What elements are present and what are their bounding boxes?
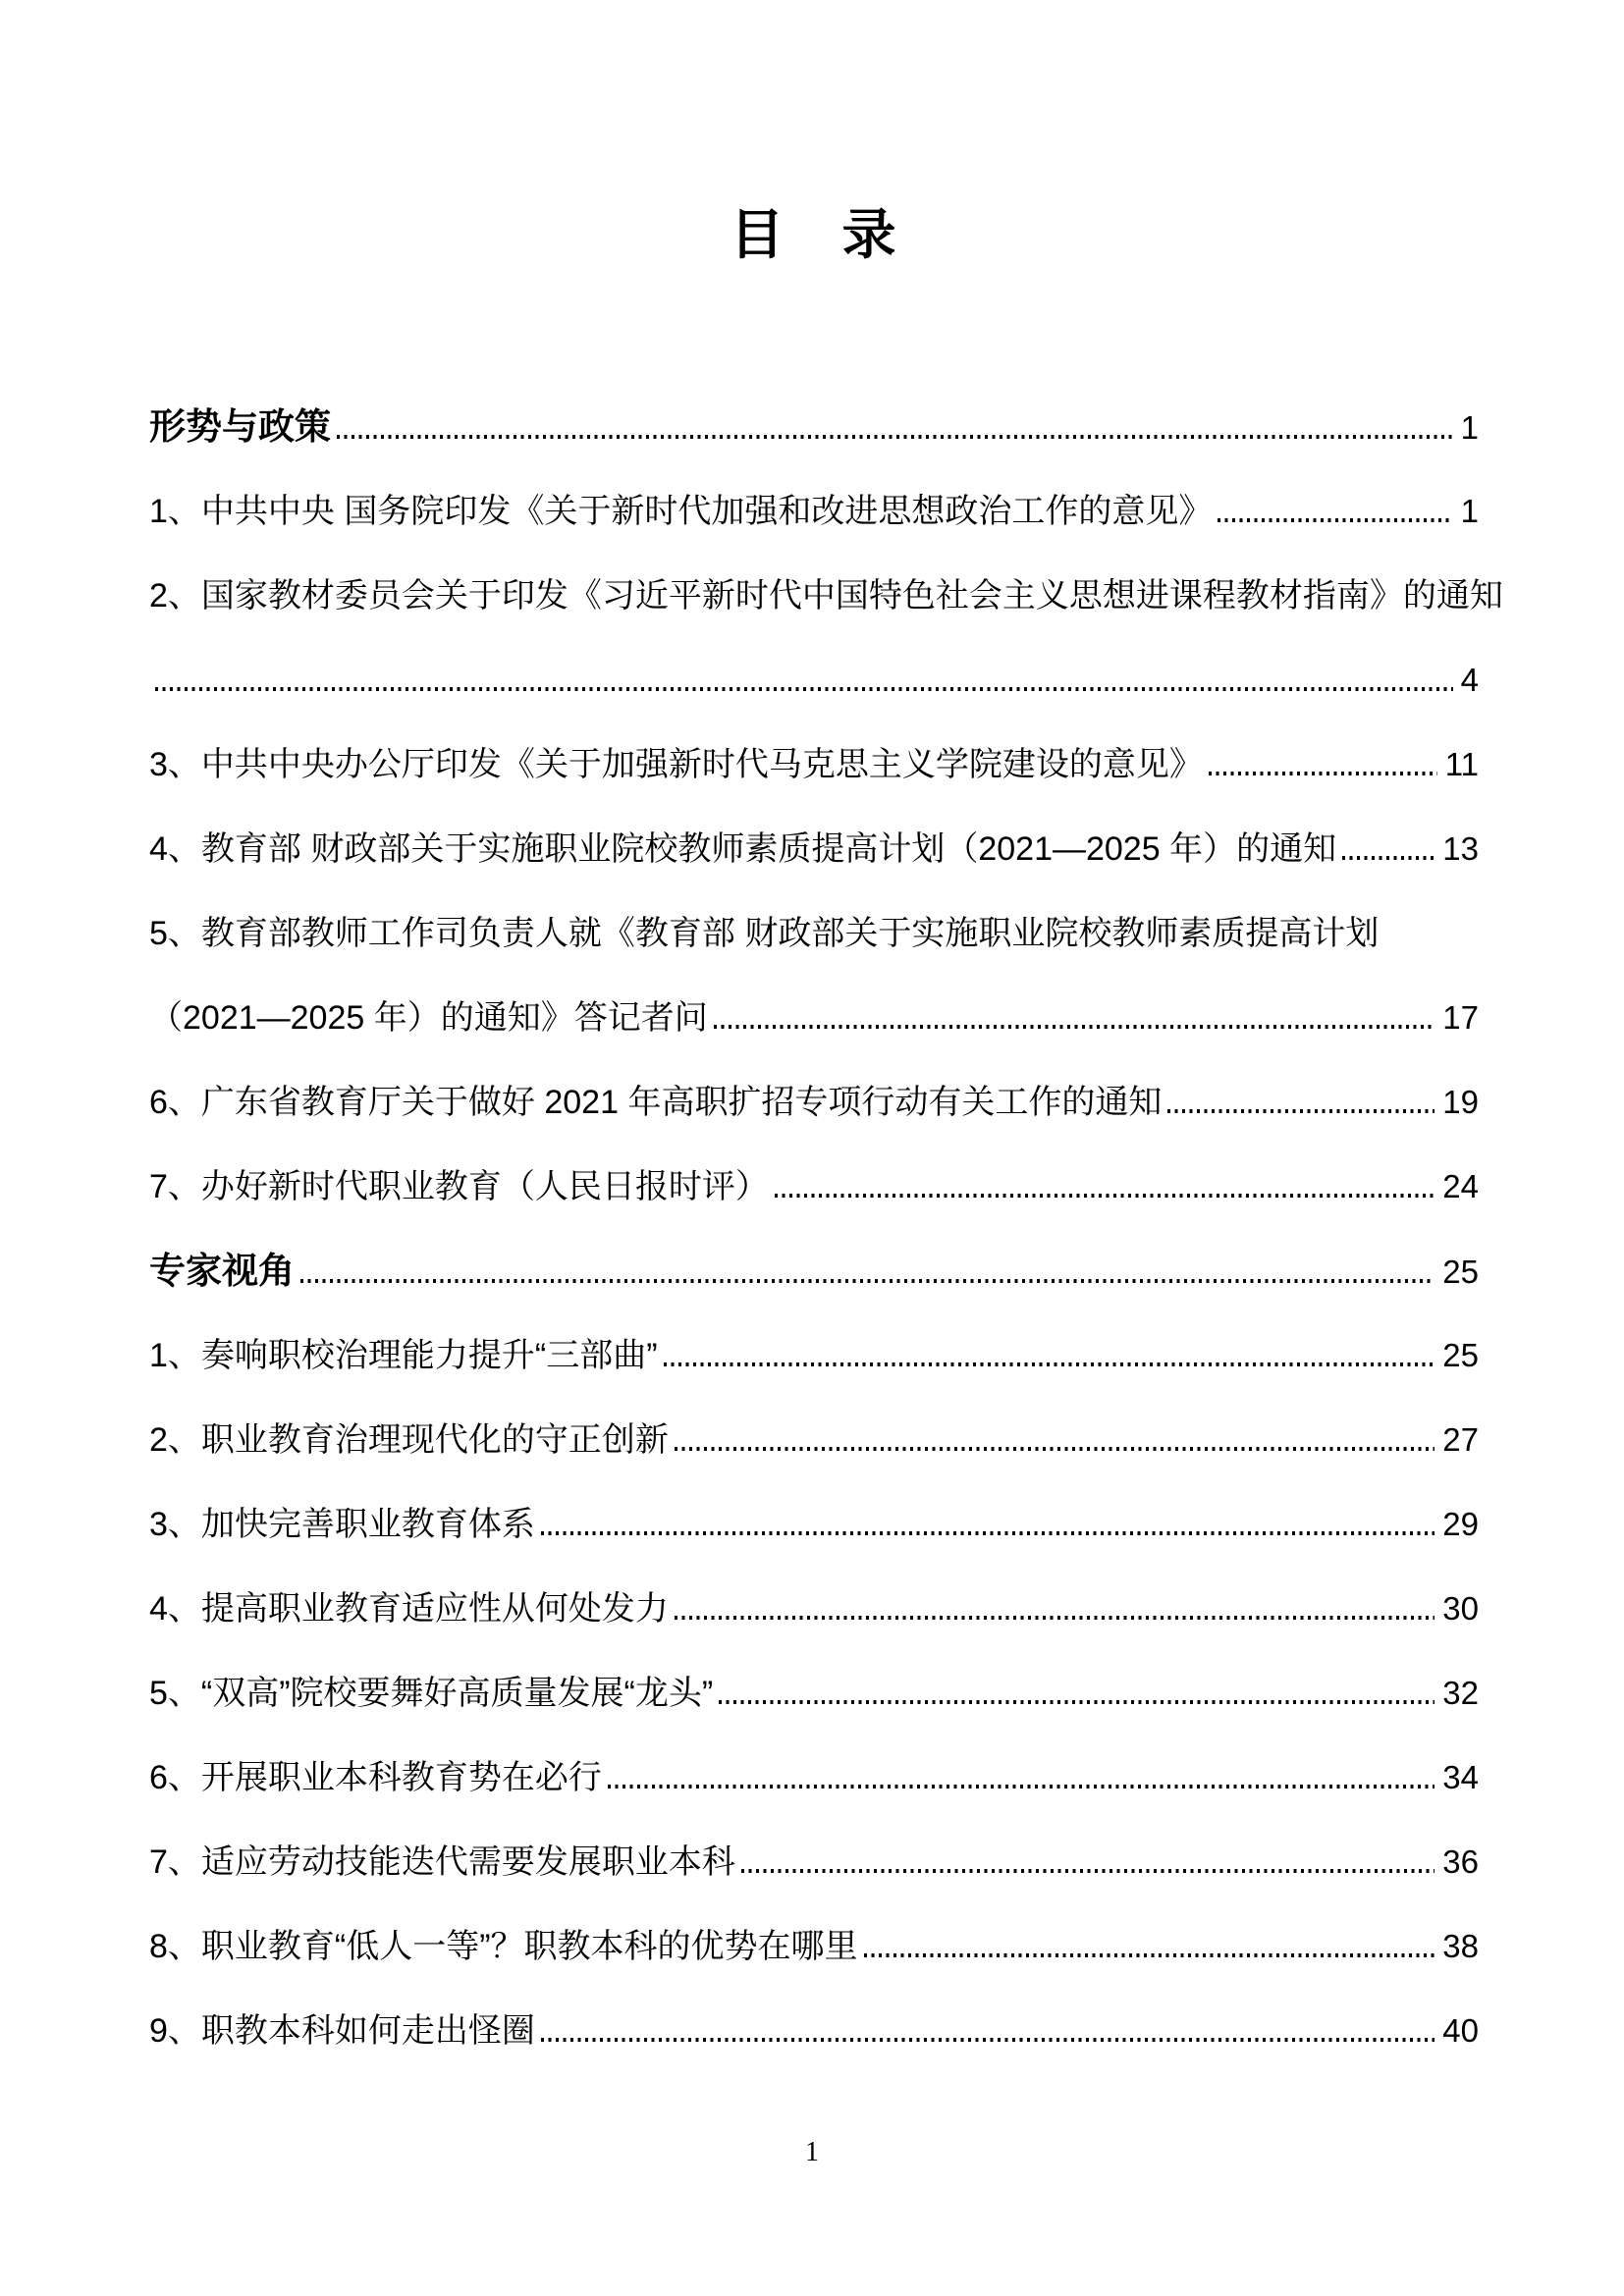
toc-entry-text-continuation: （2021—2025 年）的通知》答记者问 [149, 976, 708, 1060]
dot-leader [1218, 518, 1452, 522]
dot-leader [300, 1279, 1435, 1283]
toc-entry-text: 3、中共中央办公厅印发《关于加强新时代马克思主义学院建设的意见》 [149, 722, 1203, 807]
toc-entry-text: 1、中共中央 国务院印发《关于新时代加强和改进思想政治工作的意见》 [149, 469, 1212, 554]
toc-page-number: 36 [1442, 1820, 1479, 1904]
toc-page-number: 1 [1461, 469, 1479, 554]
dot-leader [1342, 856, 1435, 860]
toc-entry-text: 4、提高职业教育适应性从何处发力 [149, 1567, 669, 1651]
toc-entry[interactable]: 2、国家教材委员会关于印发《习近平新时代中国特色社会主义思想进课程教材指南》的通… [149, 554, 1479, 722]
toc-entry-text: 1、奏响职校治理能力提升“三部曲” [149, 1313, 658, 1398]
dot-leader [675, 1616, 1435, 1620]
toc-entry-text: 6、广东省教育厅关于做好 2021 年高职扩招专项行动有关工作的通知 [149, 1060, 1162, 1145]
toc-entry[interactable]: 6、广东省教育厅关于做好 2021 年高职扩招专项行动有关工作的通知 19 [149, 1060, 1479, 1145]
dot-leader [714, 1025, 1435, 1029]
toc-page-number: 11 [1445, 722, 1479, 807]
dot-leader [1209, 772, 1437, 775]
toc-entry-text: 9、职教本科如何走出怪圈 [149, 1989, 535, 2073]
dot-leader [541, 2038, 1435, 2042]
toc-entry[interactable]: 6、开展职业本科教育势在必行 34 [149, 1735, 1479, 1820]
toc-entry[interactable]: 7、适应劳动技能迭代需要发展职业本科 36 [149, 1820, 1479, 1904]
toc-entry-text: 7、办好新时代职业教育（人民日报时评） [149, 1145, 769, 1229]
toc-entry-text: 8、职业教育“低人一等”？职教本科的优势在哪里 [149, 1904, 858, 1989]
toc-page-number: 19 [1442, 1060, 1479, 1145]
toc-entry[interactable]: 1、中共中央 国务院印发《关于新时代加强和改进思想政治工作的意见》 1 [149, 469, 1479, 554]
toc-page-number: 34 [1442, 1735, 1479, 1820]
toc-entry-text: 5、教育部教师工作司负责人就《教育部 财政部关于实施职业院校教师素质提高计划 [149, 891, 1379, 976]
toc-section-heading[interactable]: 专家视角 25 [149, 1229, 1479, 1313]
toc-page-number: 27 [1442, 1398, 1479, 1482]
toc-page-number: 38 [1442, 1904, 1479, 1989]
toc-page-number: 25 [1442, 1313, 1479, 1398]
toc-page-number: 32 [1442, 1651, 1479, 1735]
toc-page-number: 4 [1461, 638, 1479, 722]
toc-heading-text: 专家视角 [149, 1229, 295, 1313]
toc-entry-text: 4、教育部 财政部关于实施职业院校教师素质提高计划（2021—2025 年）的通… [149, 807, 1336, 891]
dot-leader [541, 1531, 1435, 1535]
dot-leader [719, 1700, 1435, 1704]
dot-leader [864, 1953, 1435, 1957]
toc-entry-text: 2、职业教育治理现代化的守正创新 [149, 1398, 669, 1482]
toc-entry[interactable]: 4、提高职业教育适应性从何处发力 30 [149, 1567, 1479, 1651]
toc-entry-text: 3、加快完善职业教育体系 [149, 1482, 535, 1567]
toc-heading-text: 形势与政策 [149, 385, 331, 469]
dot-leader [608, 1785, 1435, 1789]
toc-page-number: 13 [1442, 807, 1479, 891]
page-title: 目 录 [149, 192, 1479, 277]
toc-page-number: 30 [1442, 1567, 1479, 1651]
toc-entry[interactable]: 9、职教本科如何走出怪圈 40 [149, 1989, 1479, 2073]
toc-entry[interactable]: 4、教育部 财政部关于实施职业院校教师素质提高计划（2021—2025 年）的通… [149, 807, 1479, 891]
toc-page-number: 29 [1442, 1482, 1479, 1567]
document-page: 目 录 形势与政策 1 1、中共中央 国务院印发《关于新时代加强和改进思想政治工… [0, 0, 1624, 2296]
toc-page-number: 1 [1461, 386, 1479, 470]
page-footer-number: 1 [0, 2137, 1624, 2168]
dot-leader [337, 435, 1453, 439]
dot-leader [1167, 1109, 1435, 1113]
toc-content: 目 录 形势与政策 1 1、中共中央 国务院印发《关于新时代加强和改进思想政治工… [149, 0, 1479, 2073]
toc-entry-text: 5、“双高”院校要舞好高质量发展“龙头” [149, 1651, 713, 1735]
toc-entry-text: 6、开展职业本科教育势在必行 [149, 1735, 602, 1820]
toc-entry-text: 2、国家教材委员会关于印发《习近平新时代中国特色社会主义思想进课程教材指南》的通… [149, 554, 1503, 638]
dot-leader [155, 687, 1453, 691]
table-of-contents: 形势与政策 1 1、中共中央 国务院印发《关于新时代加强和改进思想政治工作的意见… [149, 385, 1479, 2073]
toc-entry[interactable]: 5、“双高”院校要舞好高质量发展“龙头” 32 [149, 1651, 1479, 1735]
toc-entry[interactable]: 3、中共中央办公厅印发《关于加强新时代马克思主义学院建设的意见》 11 [149, 722, 1479, 807]
toc-entry[interactable]: 7、办好新时代职业教育（人民日报时评） 24 [149, 1145, 1479, 1229]
toc-page-number: 17 [1442, 976, 1479, 1060]
toc-page-number: 25 [1442, 1230, 1479, 1314]
dot-leader [664, 1362, 1435, 1366]
toc-page-number: 24 [1442, 1145, 1479, 1229]
toc-entry[interactable]: 2、职业教育治理现代化的守正创新 27 [149, 1398, 1479, 1482]
toc-entry[interactable]: 5、教育部教师工作司负责人就《教育部 财政部关于实施职业院校教师素质提高计划 （… [149, 891, 1479, 1060]
toc-entry[interactable]: 1、奏响职校治理能力提升“三部曲” 25 [149, 1313, 1479, 1398]
toc-entry[interactable]: 3、加快完善职业教育体系 29 [149, 1482, 1479, 1567]
toc-entry-text: 7、适应劳动技能迭代需要发展职业本科 [149, 1820, 735, 1904]
toc-section-heading[interactable]: 形势与政策 1 [149, 385, 1479, 469]
dot-leader [675, 1447, 1435, 1451]
toc-entry[interactable]: 8、职业教育“低人一等”？职教本科的优势在哪里 38 [149, 1904, 1479, 1989]
dot-leader [775, 1194, 1435, 1198]
dot-leader [741, 1869, 1435, 1873]
toc-page-number: 40 [1442, 1989, 1479, 2073]
